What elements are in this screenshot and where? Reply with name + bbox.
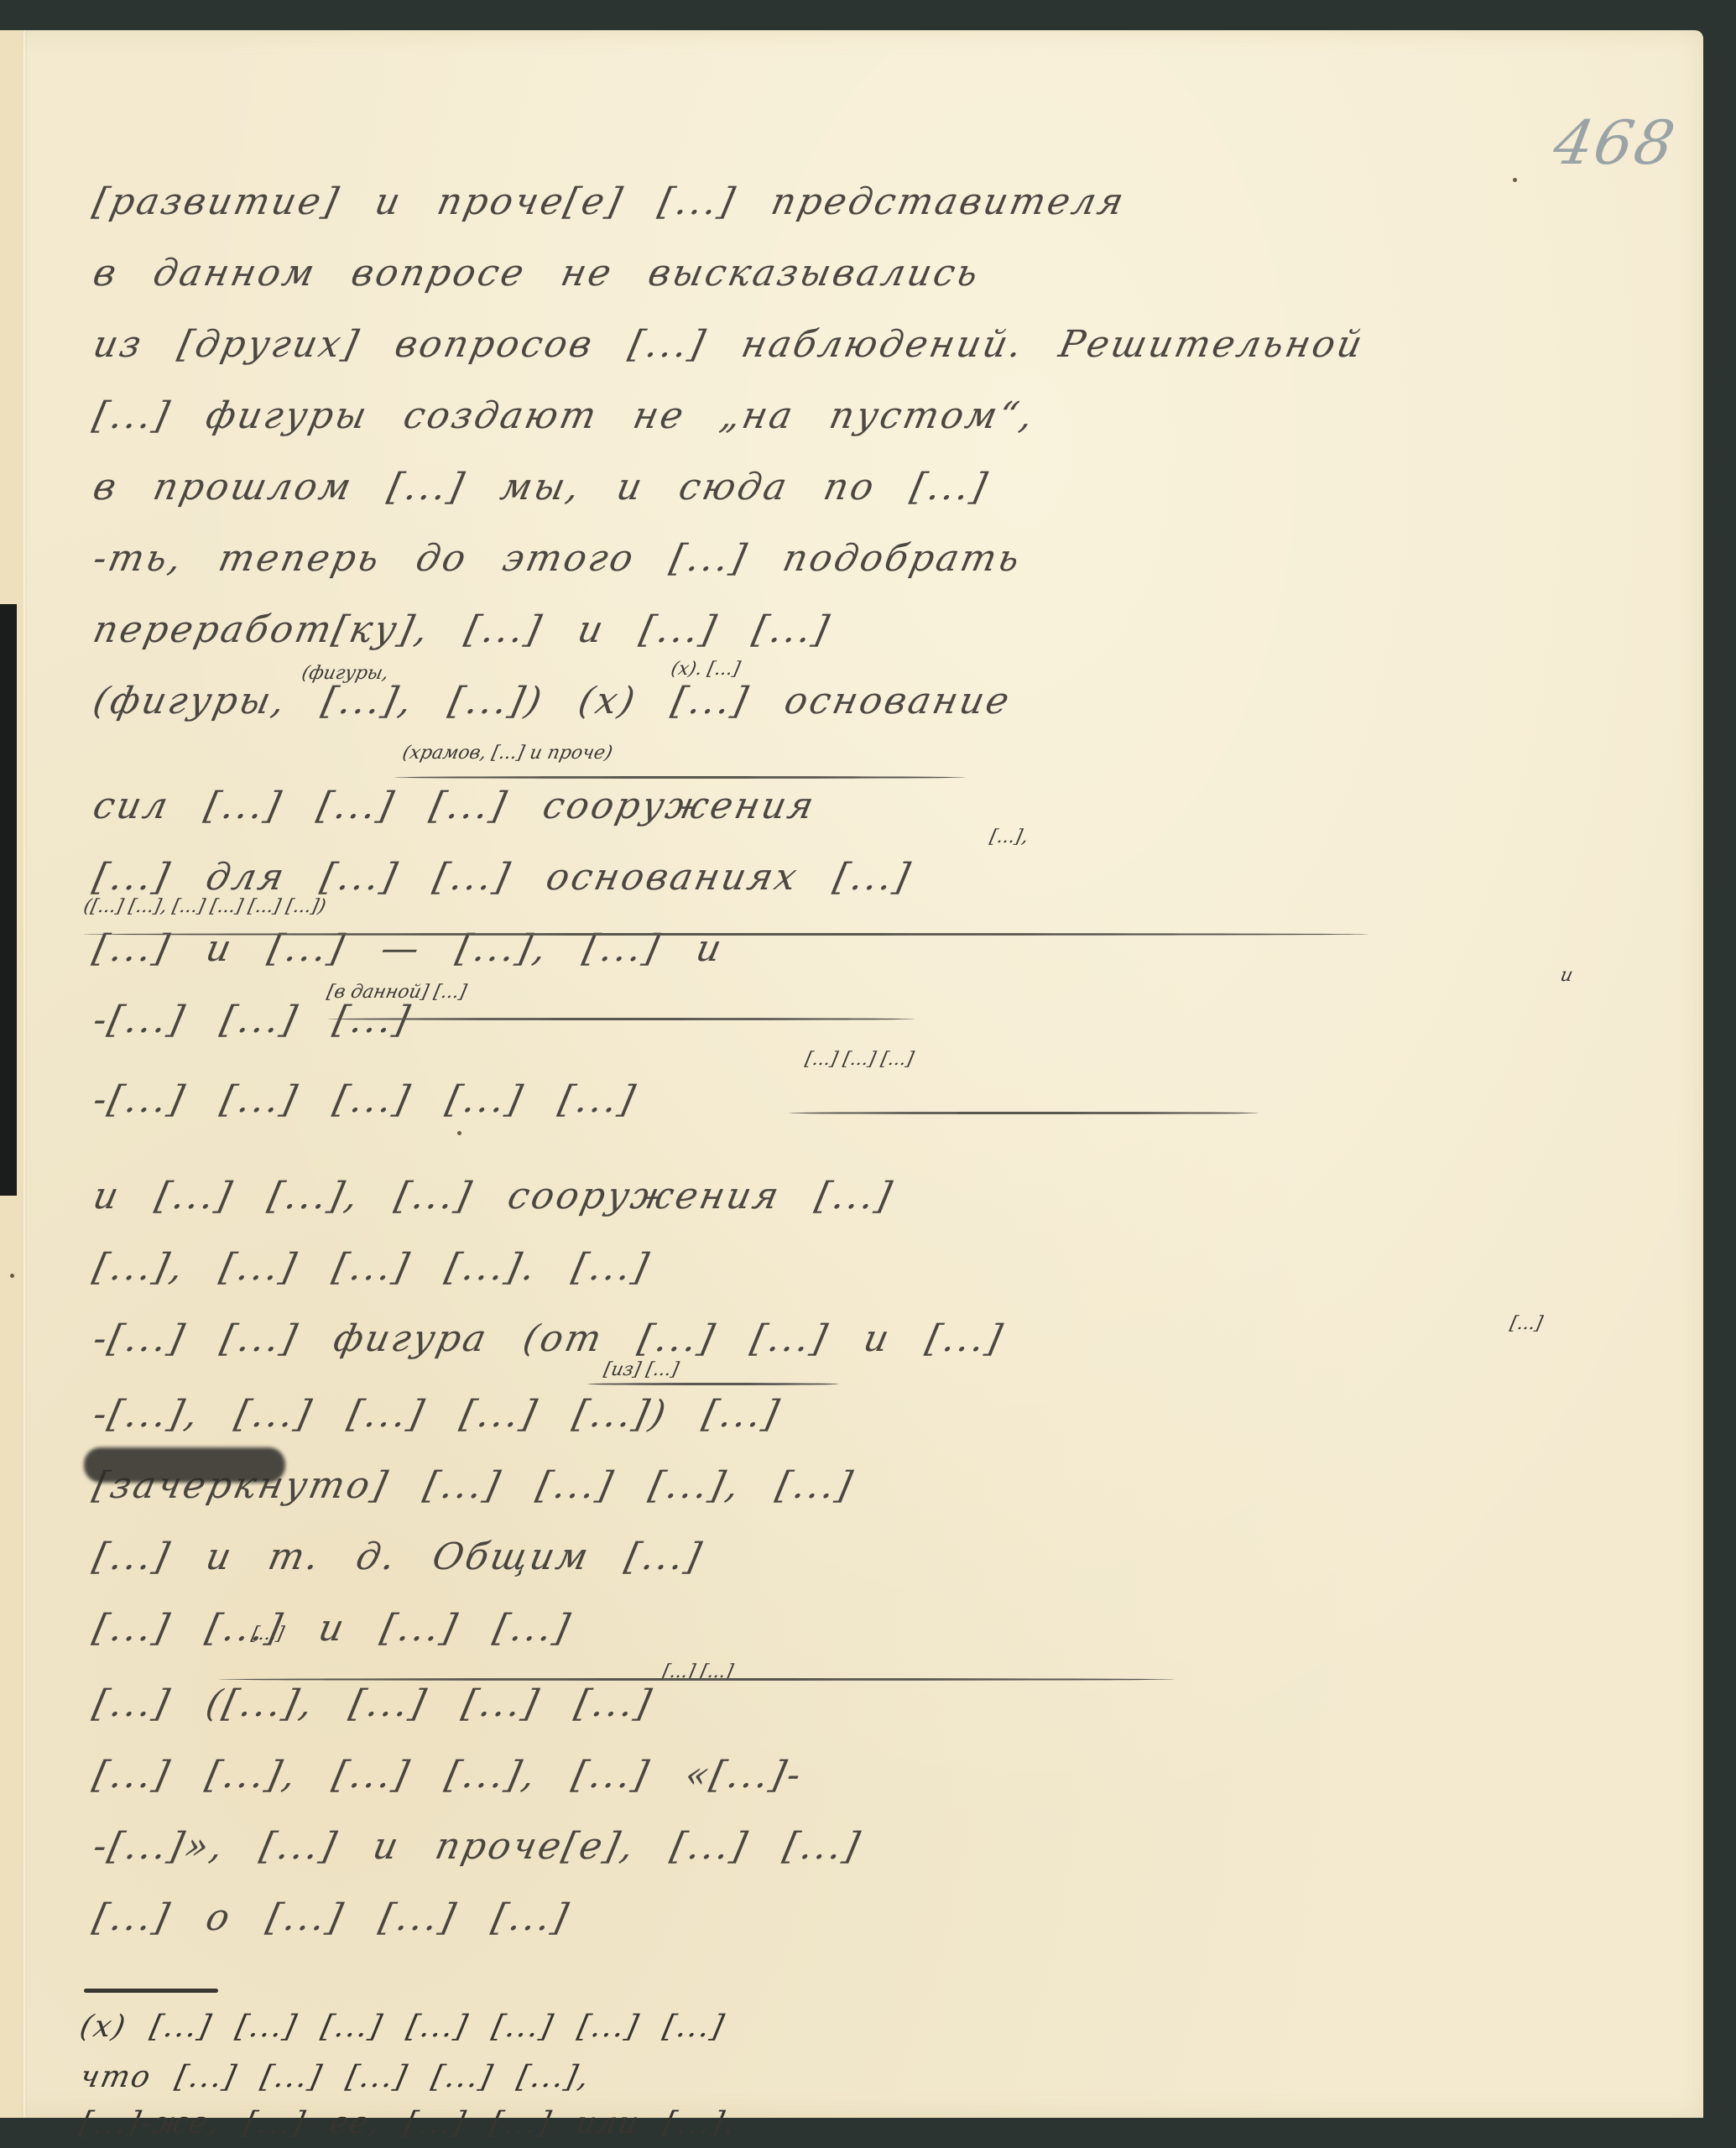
insertion-curve (394, 776, 965, 779)
insertion-curve (587, 1383, 839, 1385)
manuscript-line: [...] о [...] [...] [...] (90, 1896, 1676, 1939)
manuscript-line: [...], [...] [...] [...]. [...] (90, 1246, 1676, 1289)
footnote-separator (84, 1989, 218, 1993)
manuscript-line: -ть, теперь до этого [...] подобрать (90, 537, 1676, 580)
footnote-line: (x) [...] [...] [...] [...] [...] [...] … (77, 2010, 1662, 2044)
insertion-curve (84, 933, 1368, 936)
interlinear-insertion: [...] [...] [...] (803, 1049, 915, 1070)
manuscript-line: -[...]», [...] и проче[е], [...] [...] (90, 1825, 1676, 1868)
footnote-line: [...]-же, [...] ее, [...] [...] или [...… (77, 2106, 1662, 2140)
manuscript-line: в данном вопросе не высказывались (90, 252, 1676, 295)
manuscript-line: -[...] [...] [...] (90, 998, 1676, 1041)
manuscript-line: из [других] вопросов [...] наблюдений. Р… (90, 323, 1676, 366)
interlinear-insertion: (х). [...] (669, 659, 742, 680)
manuscript-line: -[...] [...] фигура (от [...] [...] и [.… (90, 1317, 1676, 1360)
paper-speck (457, 1131, 461, 1135)
manuscript-line: [...] [...], [...] [...], [...] «[...]- (90, 1754, 1676, 1796)
manuscript-line: -[...], [...] [...] [...] [...]) [...] (90, 1393, 1676, 1436)
insertion-curve (327, 1018, 915, 1020)
manuscript-line: [развитие] и проче[е] [...] представител… (90, 180, 1676, 223)
manuscript-line: сил [...] [...] [...] сооружения (90, 785, 1676, 827)
manuscript-line: и [...] [...], [...] сооружения [...] (90, 1175, 1676, 1217)
manuscript-line: [...] фигуры создают не „на пустом“, (90, 394, 1676, 437)
interlinear-insertion: ([...] [...], [...] [...] [...] [...]) (81, 896, 327, 917)
insertion-curve (218, 1678, 1175, 1681)
manuscript-line: [...] ([...], [...] [...] [...] (90, 1682, 1676, 1725)
manuscript-line: в прошлом [...] мы, и сюда по [...] (90, 466, 1676, 508)
binding-tab (0, 604, 17, 1196)
interlinear-insertion: [...] (1508, 1313, 1544, 1334)
manuscript-line: переработ[ку], [...] и [...] [...] (90, 608, 1676, 651)
interlinear-insertion: [из] [...] (602, 1359, 680, 1380)
ink-blot-strikeout (84, 1447, 285, 1483)
manuscript-line: [...] [...] и [...] [...] (90, 1607, 1676, 1650)
interlinear-insertion: [в данной] [...] (325, 982, 468, 1003)
paper-speck (1513, 178, 1517, 182)
manuscript-line: (фигуры, [...], [...]) (x) [...] основан… (90, 680, 1676, 722)
manuscript-line: [зачеркнуто] [...] [...] [...], [...] (90, 1464, 1676, 1507)
interlinear-insertion: [...] (249, 1624, 285, 1645)
manuscript-line: [...] и т. д. Общим [...] (90, 1535, 1676, 1578)
interlinear-insertion: (фигуры, (300, 663, 390, 684)
interlinear-insertion: (храмов, [...] и проче) (400, 743, 614, 764)
page-fold (22, 30, 27, 2118)
manuscript-line: -[...] [...] [...] [...] [...] (90, 1078, 1676, 1121)
paper-speck (10, 1274, 14, 1278)
page-number: 468 (1549, 107, 1681, 178)
manuscript-line: [...] для [...] [...] основаниях [...] (90, 856, 1676, 899)
footnote-line: что [...] [...] [...] [...] [...], (77, 2060, 1662, 2094)
insertion-curve (789, 1112, 1259, 1114)
interlinear-insertion: [...], (988, 826, 1030, 847)
